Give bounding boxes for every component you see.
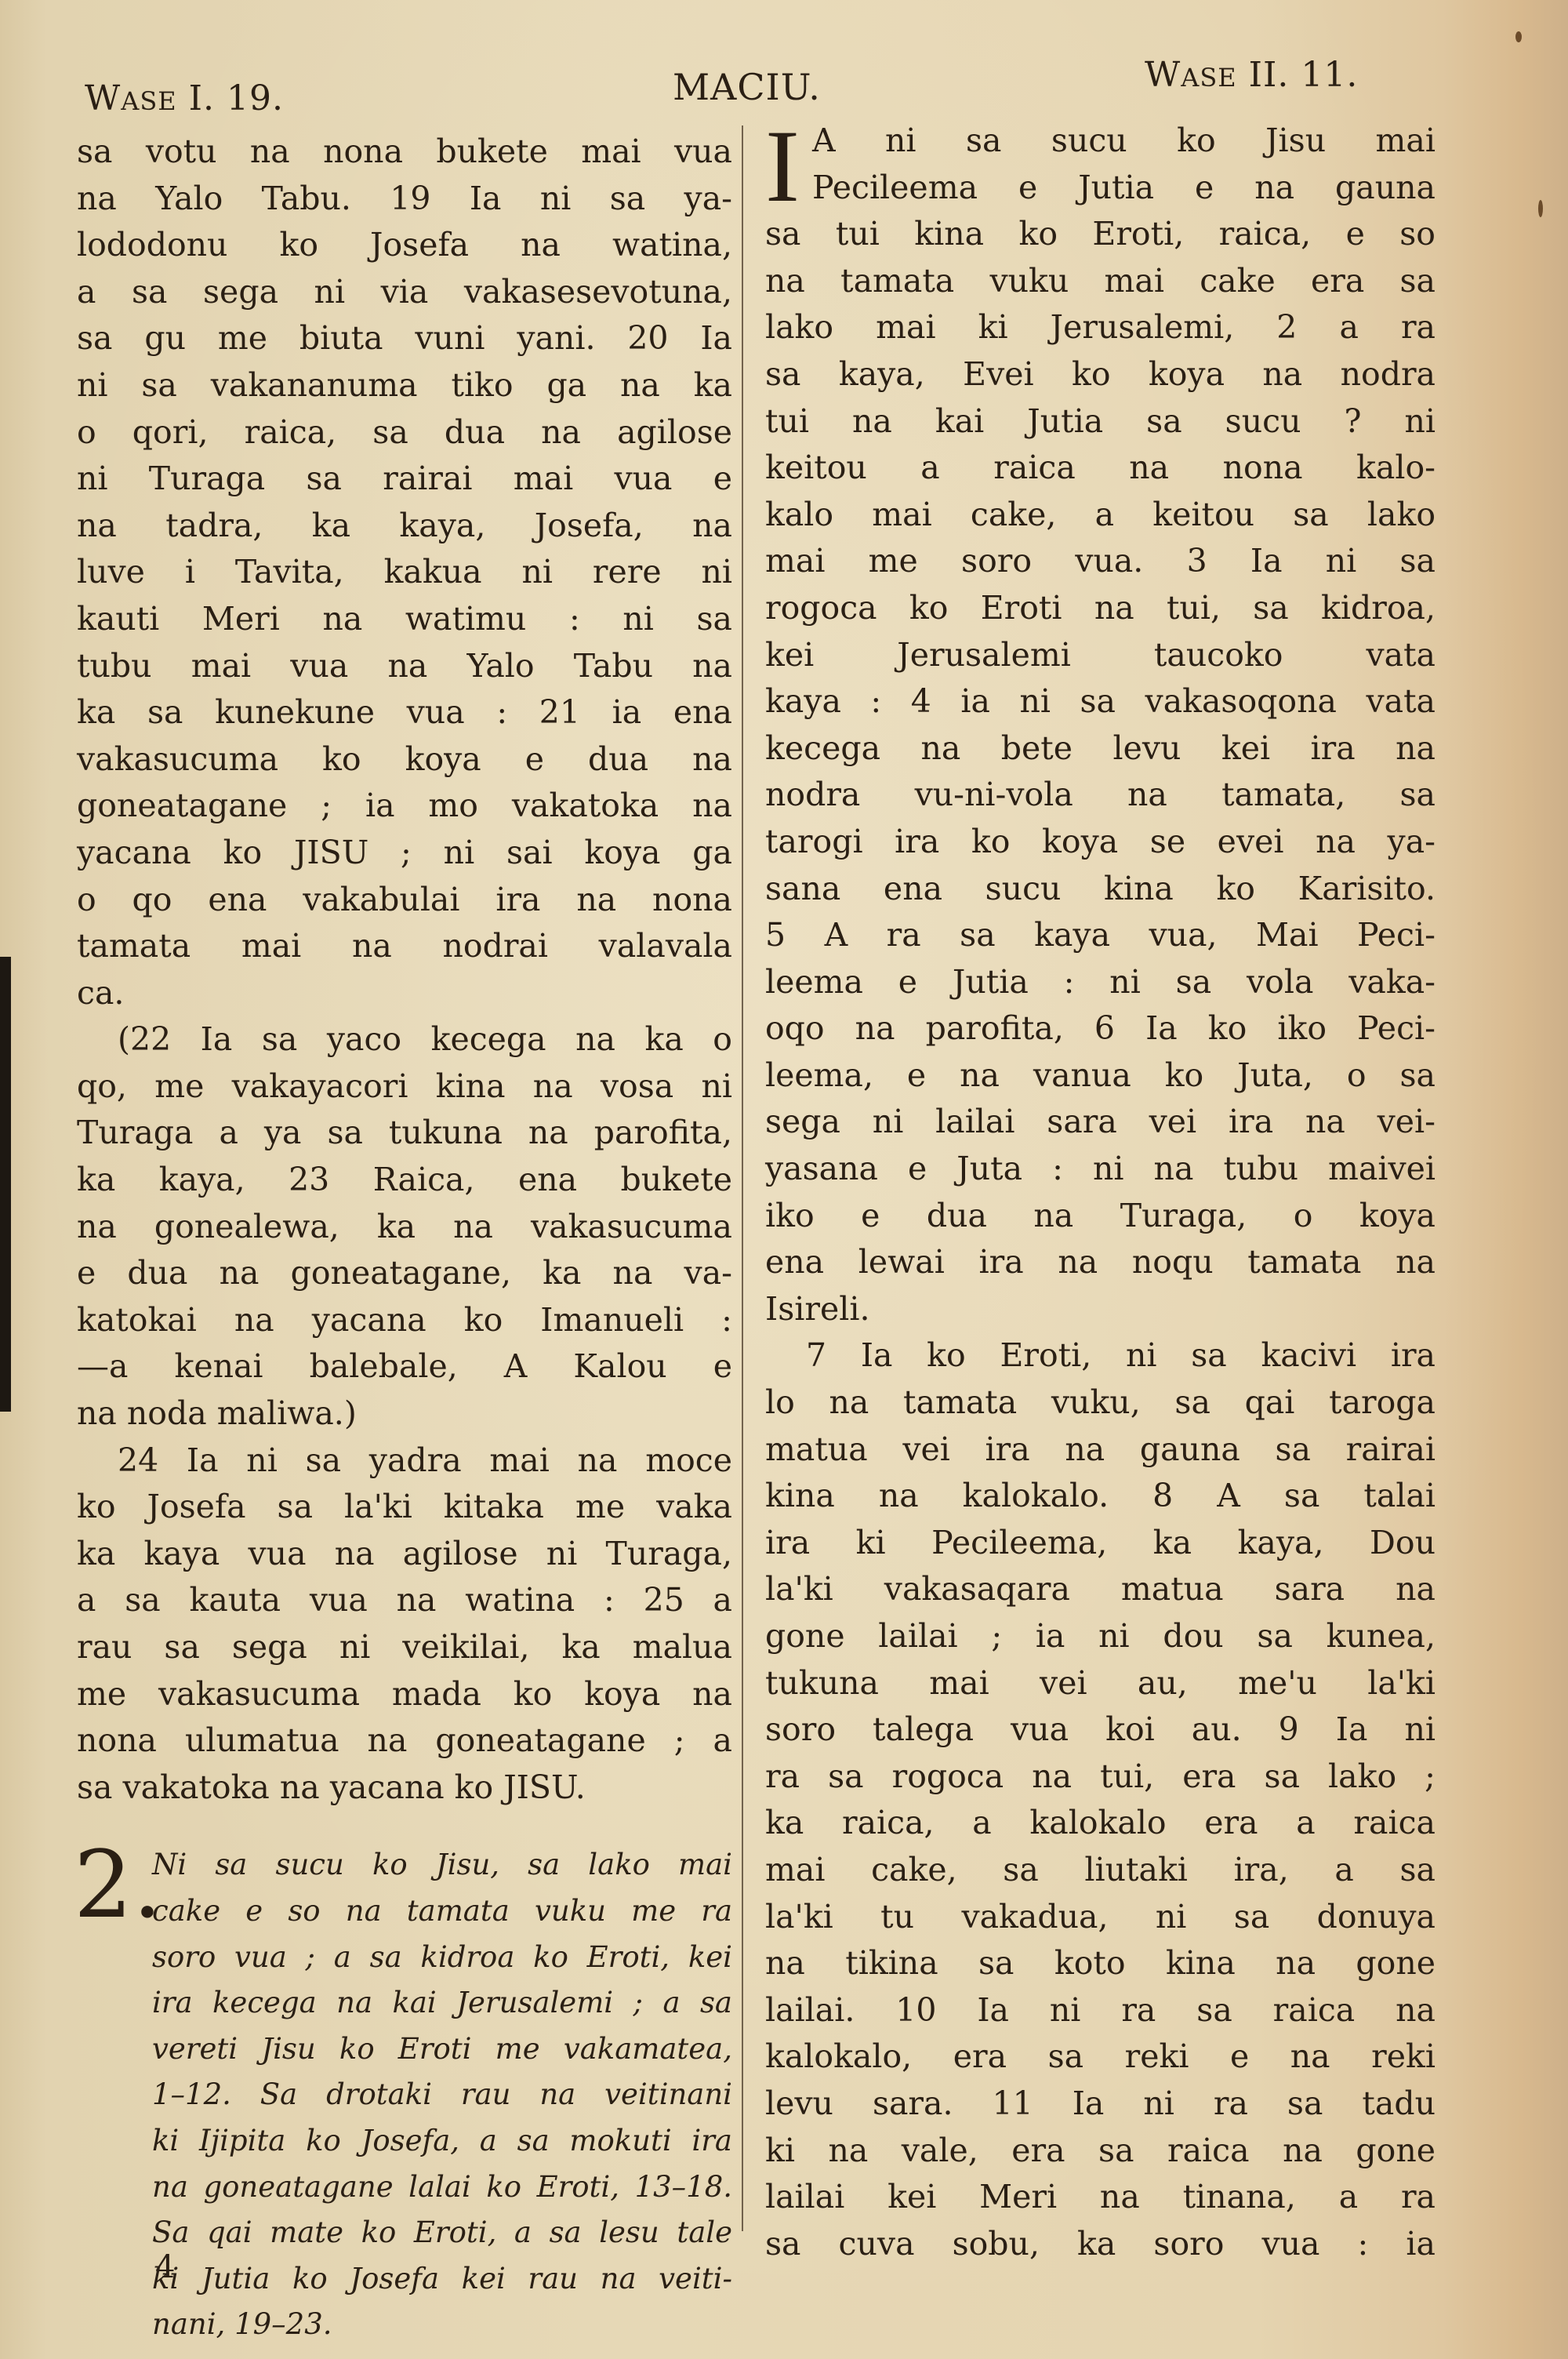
page-number: 4: [155, 2249, 175, 2285]
text-line: yasana e Juta : ni na tubu maivei: [765, 1146, 1436, 1193]
text-line: kalo mai cake, a keitou sa lako: [765, 492, 1436, 539]
running-head-left: WASE I. 19.: [85, 78, 284, 118]
text-line: kei Jerusalemi taucoko vata: [765, 632, 1436, 679]
text-line: mai me soro vua. 3 Ia ni sa: [765, 538, 1436, 585]
text-line: tukuna mai vei au, me'u la'ki: [765, 1660, 1436, 1707]
text-line: sega ni lailai sara vei ira na vei-: [765, 1099, 1436, 1146]
paper-stain: [1515, 31, 1522, 42]
text-line: tamata mai na nodrai valavala: [77, 923, 732, 970]
text-line: ra sa rogoca na tui, era sa lako ;: [765, 1754, 1436, 1801]
text-line: nona ulumatua na goneatagane ; a: [77, 1717, 732, 1765]
paragraph-verses-24-25: 24 Ia ni sa yadra mai na moceko Josefa s…: [77, 1438, 732, 1812]
text-line: sana ena sucu kina ko Karisito.: [765, 866, 1436, 913]
text-line: kauti Meri na watimu : ni sa: [77, 596, 732, 643]
text-line: Isireli.: [765, 1286, 1436, 1333]
text-line: na tikina sa koto kina na gone: [765, 1940, 1436, 1987]
text-line: o qori, raica, sa dua na agilose: [77, 409, 732, 456]
text-line: sa cuva sobu, ka soro vua : ia: [765, 2221, 1436, 2268]
text-line: Pecileema e Jutia e na gauna: [765, 165, 1436, 212]
text-line: nani, 19–23.: [77, 2302, 732, 2348]
text-line: ko Josefa sa la'ki kitaka me vaka: [77, 1484, 732, 1531]
text-line: na tamata vuku mai cake era sa: [765, 258, 1436, 305]
text-line: goneatagane ; ia mo vakatoka na: [77, 783, 732, 830]
text-line: mai cake, sa liutaki ira, a sa: [765, 1847, 1436, 1894]
text-line: 24 Ia ni sa yadra mai na moce: [77, 1438, 732, 1485]
text-line: tubu mai vua na Yalo Tabu na: [77, 643, 732, 690]
text-line: keitou a raica na nona kalo-: [765, 445, 1436, 492]
text-line: cake e so na tamata vuku me ra: [77, 1888, 732, 1935]
text-line: leema, e na vanua ko Juta, o sa: [765, 1052, 1436, 1100]
text-line: ka raica, a kalokalo era a raica: [765, 1800, 1436, 1847]
text-line: la'ki tu vakadua, ni sa donuya: [765, 1894, 1436, 1941]
paper-stain: [1538, 200, 1543, 217]
text-line: a sa sega ni via vakasesevotuna,: [77, 269, 732, 316]
text-line: Turaga a ya sa tukuna na parofita,: [77, 1110, 732, 1157]
text-line: 7 Ia ko Eroti, ni sa kacivi ira: [765, 1332, 1436, 1379]
text-line: A ni sa sucu ko Jisu mai: [765, 118, 1436, 165]
text-line: —a kenai balebale, A Kalou e: [77, 1343, 732, 1390]
text-line: Ni sa sucu ko Jisu, sa lako mai: [77, 1842, 732, 1888]
text-line: sa vakatoka na yacana ko JISU.: [77, 1765, 732, 1812]
text-line: lailai kei Meri na tinana, a ra: [765, 2174, 1436, 2221]
column-divider: [742, 125, 743, 2231]
drop-cap: I: [765, 122, 800, 210]
text-line: a sa kauta vua na watina : 25 a: [77, 1577, 732, 1624]
text-line: ki Ijipita ko Josefa, a sa mokuti ira: [77, 2118, 732, 2165]
text-line: kalokalo, era sa reki e na reki: [765, 2034, 1436, 2081]
text-line: tarogi ira ko koya se evei na ya-: [765, 819, 1436, 866]
text-line: 5 A ra sa kaya vua, Mai Peci-: [765, 912, 1436, 959]
text-line: vereti Jisu ko Eroti me vakamatea,: [77, 2026, 732, 2073]
text-line: vakasucuma ko koya e dua na: [77, 736, 732, 783]
text-line: o qo ena vakabulai ira na nona: [77, 877, 732, 924]
text-line: matua vei ira na gauna sa rairai: [765, 1427, 1436, 1474]
text-line: na goneatagane lalai ko Eroti, 13–18.: [77, 2165, 732, 2211]
text-line: ira kecega na kai Jerusalemi ; a sa: [77, 1980, 732, 2026]
text-line: kaya : 4 ia ni sa vakasoqona vata: [765, 678, 1436, 725]
text-line: levu sara. 11 Ia ni ra sa tadu: [765, 2081, 1436, 2128]
text-line: ni Turaga sa rairai mai vua e: [77, 456, 732, 503]
text-line: ira ki Pecileema, ka kaya, Dou: [765, 1520, 1436, 1567]
text-line: katokai na yacana ko Imanueli :: [77, 1297, 732, 1344]
text-line: ena lewai ira na noqu tamata na: [765, 1239, 1436, 1286]
text-line: soro vua ; a sa kidroa ko Eroti, kei: [77, 1935, 732, 1981]
paragraph-verses-19-21: sa votu na nona bukete mai vuana Yalo Ta…: [77, 129, 732, 1016]
text-line: ki na vale, era sa raica na gone: [765, 2128, 1436, 2175]
paragraph-verses-7-11: 7 Ia ko Eroti, ni sa kacivi iralo na tam…: [765, 1332, 1436, 2267]
text-line: lododonu ko Josefa na watina,: [77, 222, 732, 269]
text-line: ca.: [77, 970, 732, 1017]
paragraph-verses-1-6: sa tui kina ko Eroti, raica, e sona tama…: [765, 211, 1436, 1332]
text-line: lo na tamata vuku, sa qai taroga: [765, 1379, 1436, 1427]
text-line: ni sa vakananuma tiko ga na ka: [77, 362, 732, 409]
text-line: la'ki vakasaqara matua sara na: [765, 1566, 1436, 1613]
text-line: ka kaya vua na agilose ni Turaga,: [77, 1531, 732, 1578]
text-line: me vakasucuma mada ko koya na: [77, 1671, 732, 1718]
text-line: kina na kalokalo. 8 A sa talai: [765, 1473, 1436, 1520]
text-line: na gonealewa, ka na vakasucuma: [77, 1204, 732, 1251]
text-line: sa votu na nona bukete mai vua: [77, 129, 732, 176]
chapter-opening: I A ni sa sucu ko Jisu maiPecileema e Ju…: [765, 118, 1436, 211]
text-line: lailai. 10 Ia ni ra sa raica na: [765, 1987, 1436, 2034]
text-line: oqo na parofita, 6 Ia ko iko Peci-: [765, 1005, 1436, 1052]
text-line: sa kaya, Evei ko koya na nodra: [765, 351, 1436, 398]
text-line: e dua na goneatagane, ka na va-: [77, 1250, 732, 1297]
text-line: luve i Tavita, kakua ni rere ni: [77, 549, 732, 596]
text-line: (22 Ia sa yaco kecega na ka o: [77, 1016, 732, 1063]
text-line: rau sa sega ni veikilai, ka malua: [77, 1624, 732, 1671]
text-line: kecega na bete levu kei ira na: [765, 725, 1436, 772]
text-line: sa tui kina ko Eroti, raica, e so: [765, 211, 1436, 258]
text-line: sa gu me biuta vuni yani. 20 Ia: [77, 315, 732, 362]
running-head-right: WASE II. 11.: [1145, 55, 1358, 95]
text-line: nodra vu-ni-vola na tamata, sa: [765, 772, 1436, 819]
text-line: qo, me vakayacori kina na vosa ni: [77, 1063, 732, 1110]
running-head-title: MACIU.: [673, 66, 821, 108]
text-line: soro talega vua koi au. 9 Ia ni: [765, 1707, 1436, 1754]
chapter-number: 2.: [74, 1837, 162, 1932]
text-line: ka kaya, 23 Raica, ena bukete: [77, 1157, 732, 1204]
text-line: leema e Jutia : ni sa vola vaka-: [765, 959, 1436, 1006]
paragraph-verses-22-23: (22 Ia sa yaco kecega na ka oqo, me vaka…: [77, 1016, 732, 1437]
text-line: na tadra, ka kaya, Josefa, na: [77, 503, 732, 550]
text-line: lako mai ki Jerusalemi, 2 a ra: [765, 304, 1436, 351]
binding-edge: [0, 957, 11, 1412]
text-line: na noda maliwa.): [77, 1390, 732, 1438]
text-line: rogoca ko Eroti na tui, sa kidroa,: [765, 585, 1436, 632]
left-column: sa votu na nona bukete mai vuana Yalo Ta…: [77, 129, 732, 2348]
text-line: tui na kai Jutia sa sucu ? ni: [765, 398, 1436, 445]
text-line: yacana ko JISU ; ni sai koya ga: [77, 830, 732, 877]
text-line: gone lailai ; ia ni dou sa kunea,: [765, 1613, 1436, 1660]
text-line: na Yalo Tabu. 19 Ia ni sa ya-: [77, 176, 732, 223]
text-line: iko e dua na Turaga, o koya: [765, 1193, 1436, 1240]
right-column: I A ni sa sucu ko Jisu maiPecileema e Ju…: [765, 118, 1436, 2267]
text-line: ka sa kunekune vua : 21 ia ena: [77, 689, 732, 736]
text-line: 1–12. Sa drotaki rau na veitinani: [77, 2072, 732, 2118]
